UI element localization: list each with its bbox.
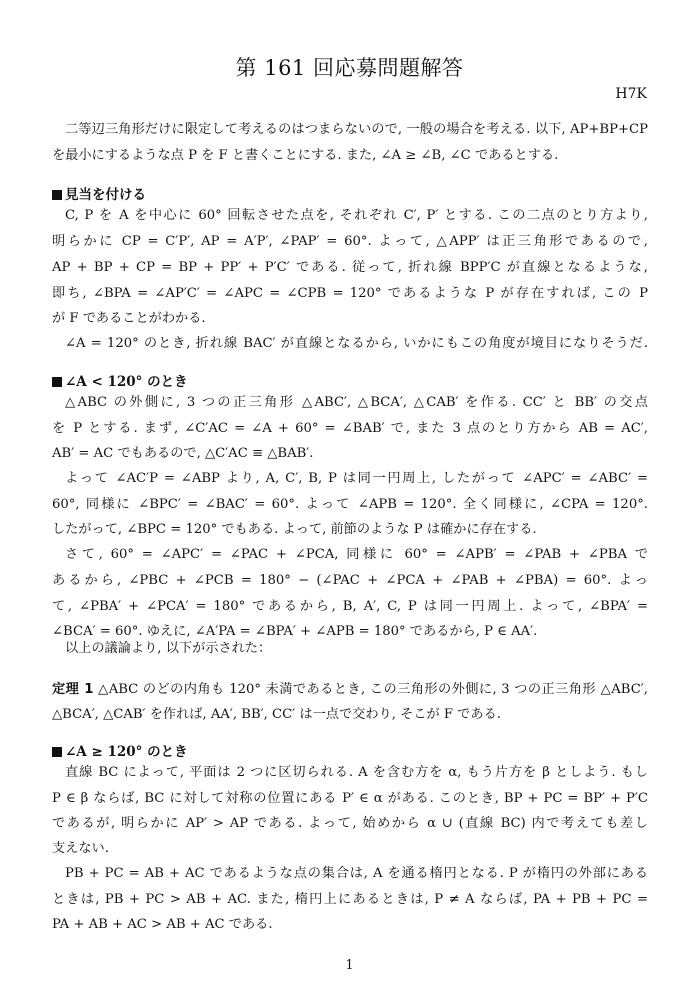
section-heading: ∠A < 120° のとき (52, 370, 188, 390)
paragraph-line: 直線 BC によって, 平面は 2 つに区切られる. A を含む方を α, もう… (65, 766, 648, 779)
square-bullet-icon (52, 747, 62, 757)
paragraph-line: 以上の議論より, 以下が示された： (65, 642, 648, 655)
section-heading: 見当を付ける (52, 183, 146, 203)
section-heading: ∠A ≥ 120° のとき (52, 740, 188, 760)
paragraph-line: ∠A = 120° のとき, 折れ線 BAC′ が直線となるから, いかにもこの… (65, 337, 648, 350)
paragraph-line: であるが, 明らかに AP′ > AP である. よって, 始めから α ∪ (… (52, 817, 648, 830)
paragraph-line: AB′ = AC でもあるので, △C′AC ≡ △BAB′. (52, 447, 648, 460)
paragraph-line: が F であることがわかる. (52, 312, 648, 325)
square-bullet-icon (52, 377, 62, 387)
paragraph-line: 即ち, ∠BPA = ∠AP′C′ = ∠APC = ∠CPB = 120° で… (52, 287, 648, 300)
theorem-line: △BCA′, △CAB′ を作れば, AA′, BB′, CC′ は一点で交わり… (52, 708, 648, 721)
paragraph-line: △ABC の外側に, 3 つの正三角形 △ABC′, △BCA′, △CAB′ … (65, 396, 648, 409)
paragraph-line: 60°, 同様に ∠BPC′ = ∠BAC′ = 60°. よって ∠APB =… (52, 498, 648, 511)
paragraph-line: P ∈ β ならば, BC に対して対称の位置にある P′ ∈ α がある. こ… (52, 792, 648, 805)
paragraph-line: PB + PC = AB + AC であるような点の集合は, A を通る楕円とな… (65, 867, 648, 880)
paragraph-line: ときは, PB + PC > AB + AC. また, 楕円上にあるときは, P… (52, 893, 648, 906)
theorem-text: △ABC のどの内角も 120° 未満であるとき, この三角形の外側に, 3 つ… (98, 682, 648, 697)
paragraph-line: を P とする. まず, ∠C′AC = ∠A + 60° = ∠BAB′ で,… (52, 422, 648, 435)
paragraph-line: さて, 60° = ∠APC′ = ∠PAC + ∠PCA, 同様に 60° =… (65, 548, 648, 561)
page-number: 1 (0, 958, 699, 973)
intro-line: 二等辺三角形だけに限定して考えるのはつまらないので, 一般の場合を考える. 以下… (65, 123, 648, 136)
paragraph-line: 明らかに CP = C′P′, AP = A′P′, ∠PAP′ = 60°. … (52, 235, 648, 248)
paragraph-line: PA + AB + AC > AB + AC である. (52, 918, 648, 931)
paragraph-line: 支えない. (52, 842, 648, 855)
paragraph-line: したがって, ∠BPC = 120° でもある. よって, 前節のような P は… (52, 523, 648, 536)
paragraph-line: ∠BCA′ = 60°. ゆえに, ∠A′PA = ∠BPA′ + ∠APB =… (52, 625, 648, 638)
paragraph-line: あるから, ∠PBC + ∠PCB = 180° − (∠PAC + ∠PCA … (52, 574, 648, 587)
theorem-label: 定理 1 (52, 682, 93, 697)
square-bullet-icon (52, 190, 62, 200)
section-heading-text: ∠A ≥ 120° のとき (65, 744, 188, 760)
paragraph-line: C, P を A を中心に 60° 回転させた点を, それぞれ C′, P′ と… (65, 209, 648, 222)
author-name: H7K (615, 86, 647, 102)
paragraph-line: て, ∠PBA′ + ∠PCA′ = 180° であるから, B, A′, C,… (52, 600, 648, 613)
theorem-line: 定理 1 △ABC のどの内角も 120° 未満であるとき, この三角形の外側に… (52, 683, 648, 696)
section-heading-text: 見当を付ける (65, 187, 146, 203)
intro-line: を最小にするような点 P を F と書くことにする. また, ∠A ≥ ∠B, … (52, 149, 648, 162)
section-heading-text: ∠A < 120° のとき (65, 374, 188, 390)
paragraph-line: よって ∠AC′P = ∠ABP より, A, C′, B, P は同一円周上,… (65, 472, 648, 485)
document-title: 第 161 回応募問題解答 (0, 52, 699, 82)
paragraph-line: AP + BP + CP = BP + PP′ + P′C′ である. 従って,… (52, 261, 648, 274)
